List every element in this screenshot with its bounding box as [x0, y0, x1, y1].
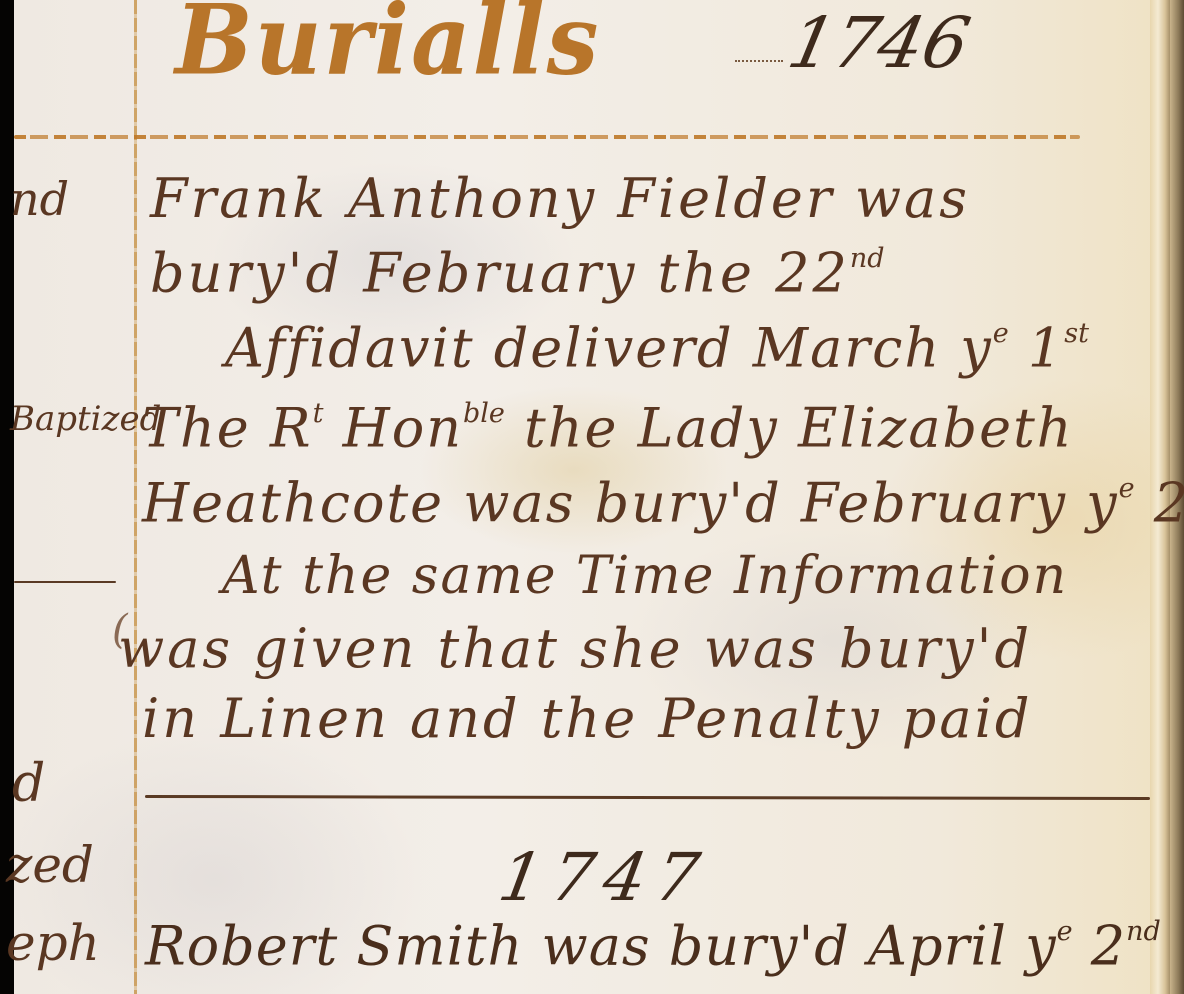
- superscript: ble: [463, 398, 505, 429]
- heading-year: 1746: [783, 8, 976, 78]
- superscript: e: [1057, 916, 1073, 947]
- entry-text: Heathcote was bury'd February y: [142, 471, 1119, 534]
- entry-text: was given that she was bury'd: [118, 617, 1032, 680]
- margin-note-baptized: Baptized: [10, 402, 161, 436]
- margin-note: eph: [6, 918, 100, 968]
- entry-text: bury'd February the 22: [150, 241, 850, 304]
- entry-text: the Lady Elizabeth: [505, 396, 1074, 459]
- superscript: nd: [1126, 916, 1161, 947]
- margin-note: zed: [6, 840, 94, 890]
- entry-text: Affidavit deliverd March y: [225, 316, 993, 379]
- entry-text: The R: [142, 396, 313, 459]
- superscript: st: [1064, 318, 1089, 349]
- entry-line: Affidavit deliverd March ye 1st: [225, 320, 1089, 375]
- section-year: 1747: [494, 845, 714, 911]
- entry-line: Robert Smith was bury'd April ye 2nd: [145, 918, 1161, 973]
- entry-text: in Linen and the Penalty paid: [142, 687, 1032, 750]
- margin-rule: [134, 0, 137, 994]
- heading-rule: [14, 135, 1080, 139]
- entry-line: The Rt Honble the Lady Elizabeth: [142, 400, 1074, 455]
- entry-line: Heathcote was bury'd February ye 28th: [142, 475, 1184, 530]
- entry-text: Robert Smith was bury'd April y: [145, 914, 1057, 977]
- entry-line: bury'd February the 22nd: [150, 245, 885, 300]
- superscript: e: [1119, 473, 1135, 504]
- margin-note: nd: [10, 176, 69, 222]
- page-title: Burialls: [175, 0, 600, 88]
- superscript: e: [993, 318, 1009, 349]
- entry-text: At the same Time Information: [222, 546, 1068, 606]
- margin-note: d: [12, 758, 45, 810]
- entry-line: in Linen and the Penalty paid: [142, 692, 1032, 746]
- entry-line: At the same Time Information: [222, 550, 1068, 602]
- margin-divider: [14, 581, 116, 583]
- entry-text: 1: [1009, 316, 1065, 379]
- entry-line: was given that she was bury'd: [118, 622, 1032, 676]
- heading-leader-dots: [735, 60, 783, 62]
- superscript: t: [313, 398, 324, 429]
- entry-text: 28: [1135, 471, 1184, 534]
- entry-line: Frank Anthony Fielder was: [150, 172, 970, 226]
- entry-text: Frank Anthony Fielder was: [150, 167, 970, 230]
- entry-text: Hon: [323, 396, 463, 459]
- entry-text: 2: [1073, 914, 1127, 977]
- superscript: nd: [850, 243, 885, 274]
